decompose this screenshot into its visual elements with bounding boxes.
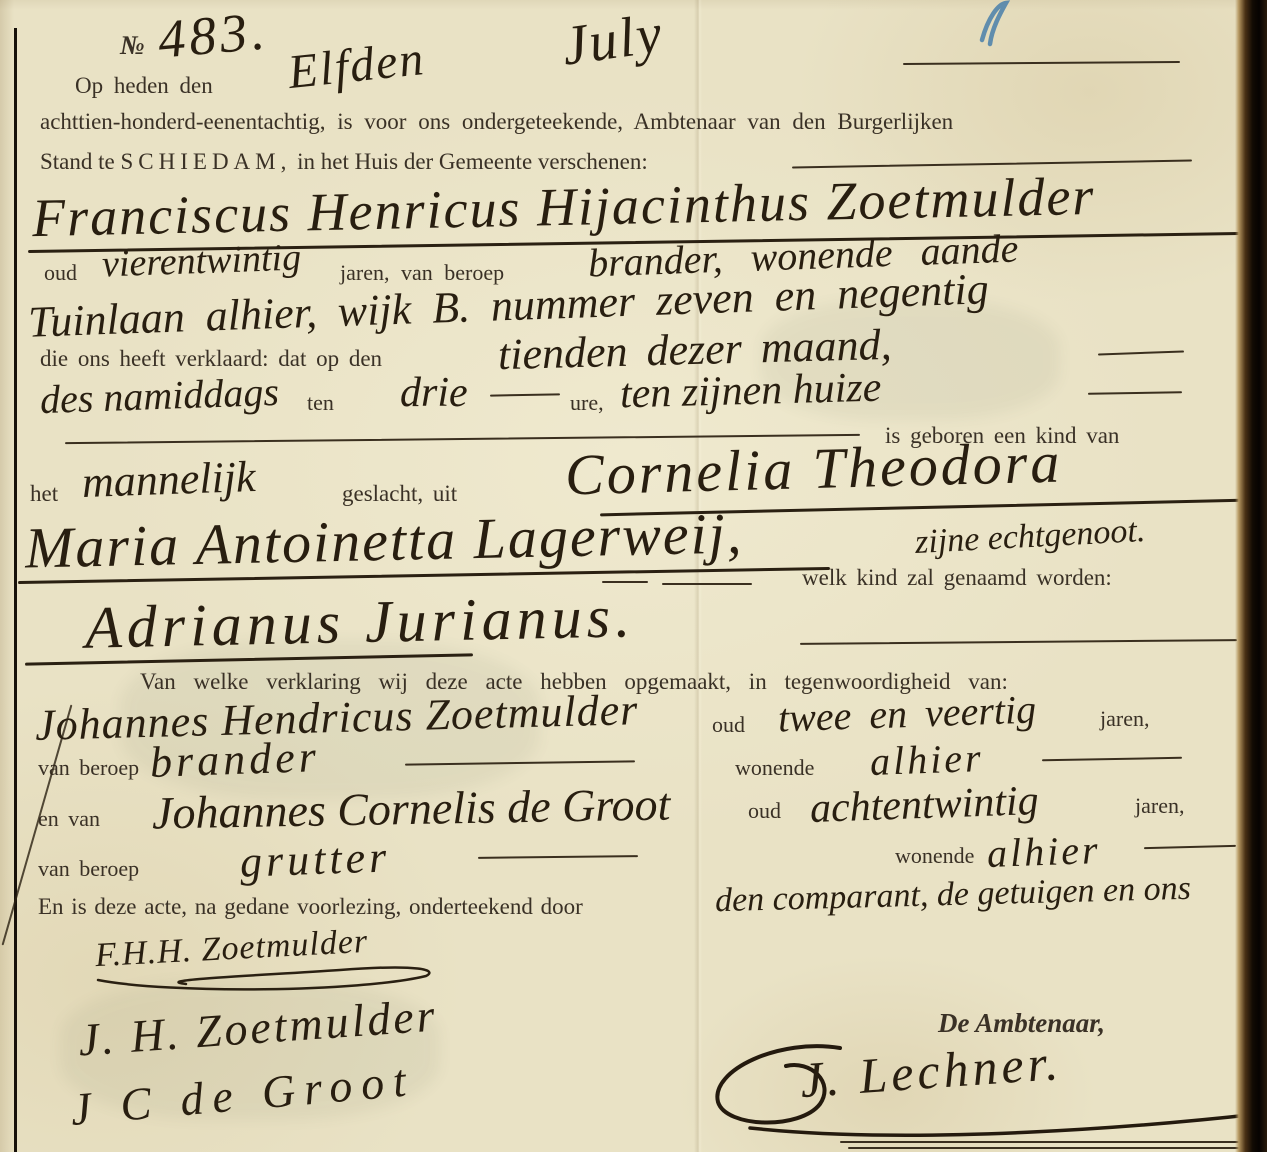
ink-dash bbox=[1042, 757, 1182, 761]
hw-hour: drie bbox=[400, 372, 468, 414]
hw-father-age: vierentwintig bbox=[101, 239, 301, 284]
printed-w1-jaren: jaren, bbox=[1100, 708, 1149, 730]
ink-dash bbox=[1098, 350, 1184, 355]
printed-jaren-beroep: jaren, van beroep bbox=[340, 262, 504, 284]
stand-pre: Stand te bbox=[40, 149, 115, 174]
hw-child-name: Adrianus Jurianus. bbox=[84, 586, 635, 658]
printed-w2-beroep-label: van beroep bbox=[38, 858, 139, 880]
filler-rule bbox=[800, 639, 1237, 645]
hw-des-namiddags: des namiddags bbox=[39, 372, 279, 420]
printed-ten: ten bbox=[307, 392, 334, 414]
hw-date-month: July bbox=[559, 5, 667, 75]
act-number: 483. bbox=[156, 3, 271, 66]
hw-mother-name-2: Maria Antoinetta Lagerweij, bbox=[24, 504, 743, 577]
paper-fold-line bbox=[694, 0, 702, 1152]
printed-w2-oud: oud bbox=[748, 800, 781, 822]
printed-op-heden-den: Op heden den bbox=[75, 74, 213, 97]
hw-witness2-name: Johannes Cornelis de Groot bbox=[152, 781, 671, 836]
printed-w1-oud: oud bbox=[712, 714, 745, 736]
filler-rule bbox=[903, 61, 1180, 65]
hw-echtgenoot: zijne echtgenoot. bbox=[914, 514, 1146, 560]
hw-witness2-occupation: grutter bbox=[239, 835, 391, 884]
printed-het: het bbox=[30, 482, 58, 505]
hw-closing: den comparant, de getuigen en ons bbox=[715, 872, 1192, 918]
margin-rule bbox=[14, 28, 17, 1152]
hw-witness2-place: alhier bbox=[986, 830, 1101, 874]
ink-dash bbox=[662, 583, 752, 585]
hw-witness1-place: alhier bbox=[869, 738, 984, 782]
book-binding-edge bbox=[1235, 0, 1267, 1152]
city-name: SCHIEDAM, bbox=[121, 149, 292, 174]
bottom-double-rule bbox=[840, 1141, 1267, 1143]
birth-certificate-page: № 483. Op heden den Elfden July achttien… bbox=[0, 0, 1267, 1152]
printed-genaamd: welk kind zal genaamd worden: bbox=[802, 566, 1112, 589]
signature-flourish bbox=[90, 962, 450, 996]
blue-check-mark bbox=[968, 0, 1020, 46]
hw-witness1-occupation: brander bbox=[149, 735, 320, 785]
printed-ure: ure, bbox=[570, 392, 604, 414]
stand-post: in het Huis der Gemeente verschenen: bbox=[297, 149, 648, 174]
printed-stand-line: Stand te SCHIEDAM, in het Huis der Gemee… bbox=[40, 150, 648, 173]
hw-date-day: Elfden bbox=[286, 35, 428, 97]
hw-witness2-age: achtentwintig bbox=[809, 780, 1039, 830]
hw-witness1-age: twee en veertig bbox=[777, 690, 1036, 739]
hw-huize: ten zijnen huize bbox=[619, 367, 881, 416]
printed-verklaard: die ons heeft verklaard: dat op den bbox=[40, 347, 382, 370]
printed-w2-wonende: wonende bbox=[895, 845, 974, 867]
printed-year-line: achttien-honderd-eenentachtig, is voor o… bbox=[40, 110, 953, 133]
printed-w2-jaren: jaren, bbox=[1135, 795, 1184, 817]
hw-mother-name-1: Cornelia Theodora bbox=[564, 434, 1063, 505]
printed-w1-wonende: wonende bbox=[735, 757, 814, 779]
hw-gender: mannelijk bbox=[81, 455, 256, 505]
printed-geslacht-uit: geslacht, uit bbox=[342, 482, 457, 505]
printed-en-van: en van bbox=[38, 808, 100, 830]
ink-dash bbox=[1088, 391, 1182, 395]
act-number-symbol: № bbox=[120, 32, 145, 59]
ink-dash bbox=[478, 855, 638, 859]
printed-closing: En is deze acte, na gedane voorlezing, o… bbox=[38, 895, 583, 918]
bottom-double-rule bbox=[848, 1147, 1267, 1149]
printed-oud: oud bbox=[44, 262, 77, 284]
ink-dash bbox=[490, 393, 560, 396]
ink-dash bbox=[1144, 845, 1236, 849]
